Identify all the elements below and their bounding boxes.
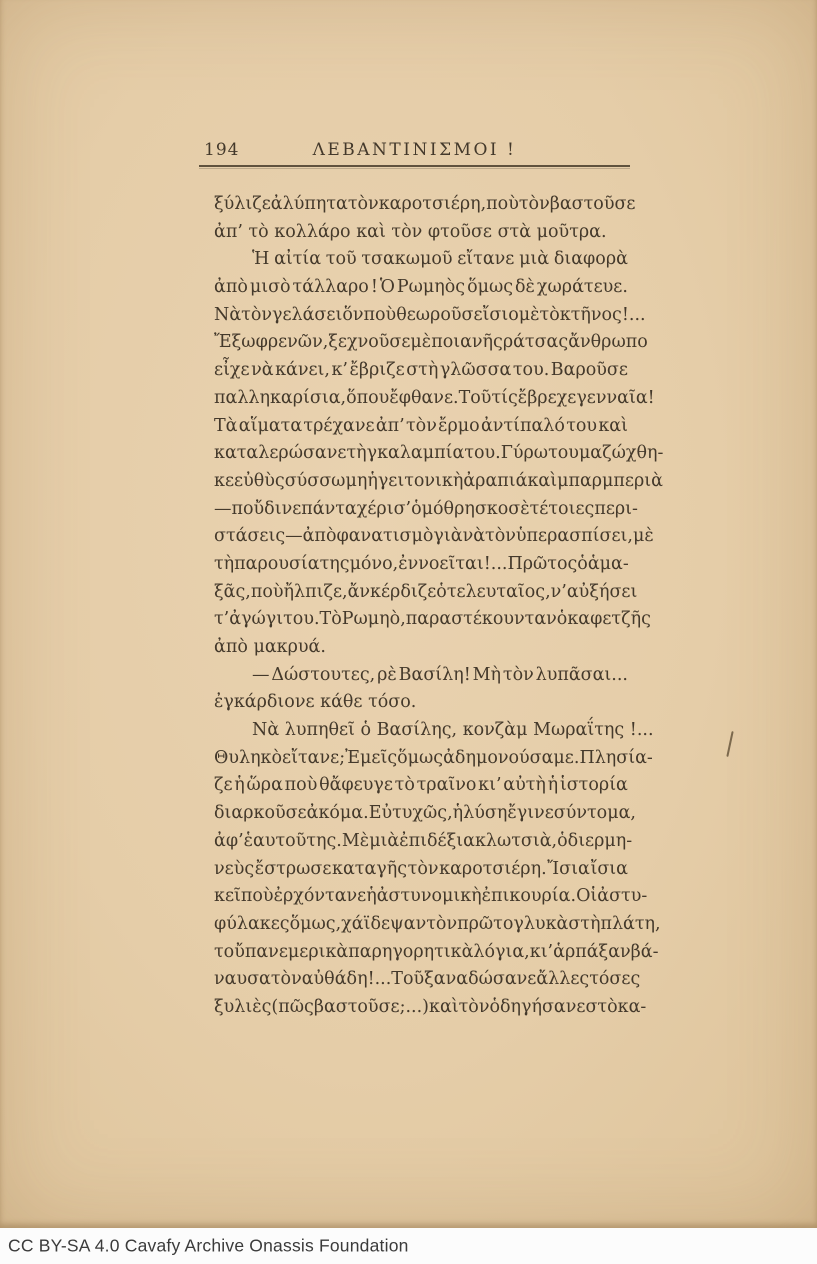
text-line: ἀπὸμακρυά. (214, 634, 628, 662)
text-line: ναυσατὸναὐθάδη!...Τοῦξαναδώσανεἄλλεςτόσε… (214, 966, 628, 994)
text-line: ἀπὸμισὸτάλλαρο!ὉΡωμηὸςὅμωςδὲχωράτευε. (214, 274, 628, 302)
text-line: φύλακεςὅμως,χάϊδεψαντὸνπρῶτογλυκὰστὴπλάτ… (214, 911, 628, 939)
running-title: ΛΕΒΑΝΤΙΝΙΣΜΟΙ ! (199, 140, 630, 160)
text-line: Ἡαἰτίατοῦτσακωμοῦεἴτανεμιὰδιαφορὰ (214, 246, 628, 274)
text-line: ἀπ’τὸκολλάροκαὶτὸνφτοῦσεστὰμοῦτρα. (214, 219, 628, 247)
text-line: Τὰαἵματατρέχανεἀπ’τὸνἔρμοἀντίπαλότουκαὶ (214, 413, 628, 441)
text-line: ΝὰλυπηθεῖὁΒασίλης,κονζὰμΜωραΐτης!... (214, 717, 628, 745)
text-line: Νὰτὸνγελάσειὅνποὺθεωροῦσεἴσιομὲτὸκτῆνος!… (214, 302, 628, 330)
header-rule (199, 165, 630, 171)
text-line: τ’ἀγώγιτου.ΤὸΡωμηὸ,παραστέκουντανὁκαφετζ… (214, 606, 628, 634)
text-line: τὴπαρουσίατηςμόνο,ἐννοεῖται!...Πρῶτοςὁἁμ… (214, 551, 628, 579)
text-line: νεὺςἔστρωσεκαταγῆςτὸνκαροτσιέρη.Ἴσιαἴσια (214, 856, 628, 884)
text-line: διαρκοῦσεἀκόμα.Εὐτυχῶς,ἡλύσηἔγινεσύντομα… (214, 800, 628, 828)
text-line: —ποὔδινεπάνταχέρισ’ὁμόθρησκοσὲτέτοιεςπερ… (214, 496, 628, 524)
text-block: ξύλιζεἀλύπητατὸνκαροτσιέρη,ποὺτὸνβαστοῦσ… (214, 191, 628, 1022)
text-line: ξύλιζεἀλύπητατὸνκαροτσιέρη,ποὺτὸνβαστοῦσ… (214, 191, 628, 219)
text-line: παλληκαρίσια,ὅπουἔφθανε.Τοῦτίςἔβρεχεγενν… (214, 385, 628, 413)
license-bar: CC BY-SA 4.0 Cavafy Archive Onassis Foun… (0, 1228, 817, 1264)
text-line: Θυληκὸεἴτανε;Ἐμεῖςὅμωςἀδημονούσαμε.Πλησί… (214, 745, 628, 773)
license-text: CC BY-SA 4.0 Cavafy Archive Onassis Foun… (8, 1236, 409, 1257)
text-line: Ἔξωφρενῶν,ξεχνοῦσεμὲποιανῆςράτσαςἄνθρωπο (214, 329, 628, 357)
text-line: ἀφ’ἑαυτοῦτης.Μὲμιὰἐπιδέξιακλωτσιὰ,ὁδιερμ… (214, 828, 628, 856)
text-line: ζεἡὥραποὺθἄφευγετὸτραῖνοκι’αὐτὴἡἱστορία (214, 772, 628, 800)
text-line: εἶχενὰκάνει,κ’ἔβριζεστὴγλῶσσατου.Βαροῦσε (214, 357, 628, 385)
text-line: κεεὐθὺςσύσσωμηἡγειτονικὴἀραπιάκαὶμπαρμπε… (214, 468, 628, 496)
text-line: κεῖποὺἐρχόντανεἡἀστυνομικὴἐπικουρία.Οἱἀσ… (214, 883, 628, 911)
text-line: ξᾶς,ποὺἤλπιζε,ἄνκέρδιζεὁτελευταῖος,ν’αὐξ… (214, 579, 628, 607)
book-page-scan: 194 ΛΕΒΑΝΤΙΝΙΣΜΟΙ ! ξύλιζεἀλύπητατὸνκαρο… (0, 0, 817, 1228)
text-line: ξυλιὲς(πῶςβαστοῦσε;...)καὶτὸνὁδηγήσανεστ… (214, 994, 628, 1022)
text-line: ἐγκάρδιονεκάθετόσο. (214, 689, 628, 717)
text-line: —Δώστουτες,ρὲΒασίλη!Μὴτὸνλυπᾶσαι... (214, 662, 628, 690)
margin-pencil-mark (726, 731, 733, 757)
text-line: στάσεις—ἀπὸφανατισμὸγιὰνὰτὸνὑπερασπίσει,… (214, 523, 628, 551)
page-header: 194 ΛΕΒΑΝΤΙΝΙΣΜΟΙ ! (199, 140, 630, 164)
text-line: τοὔπανεμερικὰπαρηγορητικὰλόγια,κι’ἁρπάξα… (214, 939, 628, 967)
text-line: καταλερώσανετὴγκαλαμπίατου.Γύρωτουμαζώχθ… (214, 440, 628, 468)
